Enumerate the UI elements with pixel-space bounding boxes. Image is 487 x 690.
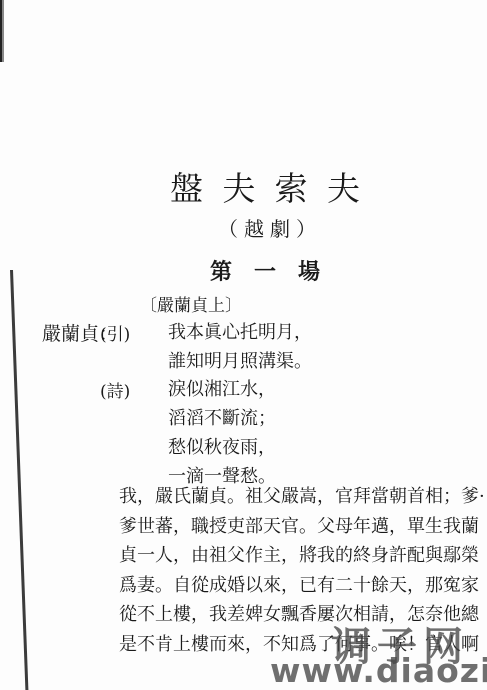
- prose-line: 爹世蕃，職授吏部天官。父母年邁，單生我蘭: [119, 512, 464, 542]
- verse-line: 淚似湘江水，: [168, 375, 276, 404]
- verse-block-yin: 我本眞心托明月， 誰知明月照溝渠。: [168, 318, 312, 376]
- prose-line: 貞一人，由祖父作主，將我的終身許配與鄢榮: [119, 541, 464, 571]
- stage-direction: 〔嚴蘭貞上〕: [140, 291, 242, 316]
- title-char: 夫: [222, 163, 255, 210]
- scanned-page: 盤 夫 索 夫 （越劇） 第 一 場 〔嚴蘭貞上〕 嚴蘭貞： (引) 我本眞心托…: [0, 0, 487, 690]
- title-char: 索: [275, 163, 308, 210]
- prose-line: 從不上樓，我差婢女飄香屢次相請，怎奈他總: [119, 600, 464, 630]
- verse-line: 我本眞心托明月，: [168, 318, 312, 347]
- prose-line: 爲妻。自從成婚以來，已有二十餘天，那寃家: [119, 571, 464, 601]
- play-title: 盤 夫 索 夫: [170, 163, 360, 210]
- section-tag-shi: (詩): [100, 377, 130, 402]
- prose-line: 我，嚴氏蘭貞。祖父嚴嵩，官拜當朝首相；爹·: [119, 482, 464, 512]
- title-char: 夫: [327, 163, 360, 210]
- verse-line: 誰知明月照溝渠。: [168, 347, 312, 376]
- scene-char: 第: [210, 255, 232, 286]
- page-binding-edge: [10, 270, 28, 690]
- verse-block-shi: 淚似湘江水， 滔滔不斷流； 愁似秋夜雨， 一滴一聲愁。: [168, 375, 276, 491]
- prose-paragraph: 我，嚴氏蘭貞。祖父嚴嵩，官拜當朝首相；爹· 爹世蕃，職授吏部天官。父母年邁，單生…: [119, 482, 464, 659]
- section-tag-yin: (引): [100, 320, 130, 345]
- title-char: 盤: [170, 163, 203, 210]
- verse-line: 愁似秋夜雨，: [168, 433, 276, 462]
- genre-subtitle: （越劇）: [218, 213, 318, 242]
- prose-line: 是不肯上樓而來，不知爲了何事。唉！官人啊: [119, 630, 464, 660]
- scene-heading: 第 一 場: [210, 255, 320, 286]
- scene-char: 場: [298, 255, 320, 286]
- scene-char: 一: [254, 255, 276, 286]
- verse-line: 滔滔不斷流；: [168, 404, 276, 433]
- page-binding-edge: [0, 0, 4, 62]
